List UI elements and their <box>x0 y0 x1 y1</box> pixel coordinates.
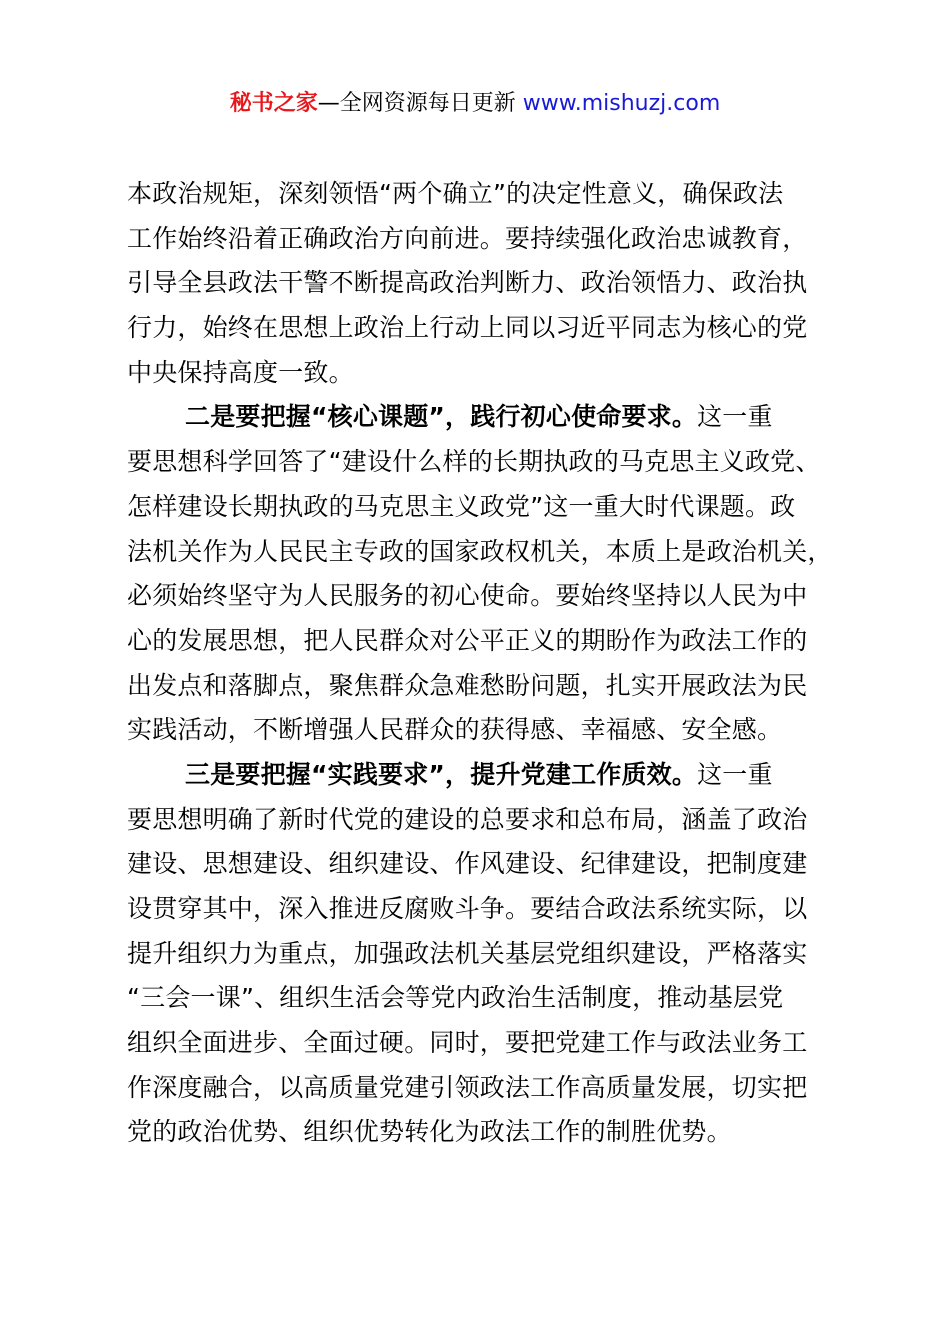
brand-name: 秘书之家 <box>230 91 318 116</box>
text-line: 要思想明确了新时代党的建设的总要求和总布局，涵盖了政治 <box>127 798 837 843</box>
text-line: 出发点和落脚点，聚焦群众急难愁盼问题，扎实开展政法为民 <box>127 664 837 709</box>
header-tagline: —全网资源每日更新 <box>318 91 523 116</box>
text-line: 提升组织力为重点，加强政法机关基层党组织建设，严格落实 <box>127 932 837 977</box>
text-line: 工作始终沿着正确政治方向前进。要持续强化政治忠诚教育， <box>127 217 837 262</box>
text-line: 心的发展思想，把人民群众对公平正义的期盼作为政法工作的 <box>127 619 837 664</box>
section-heading-3: 三是要把握“实践要求”，提升党建工作质效。 <box>185 760 697 789</box>
page-header: 秘书之家—全网资源每日更新 www.mishuzj.com <box>0 88 950 120</box>
section-heading-line: 二是要把握“核心课题”，践行初心使命要求。这一重 <box>127 395 837 440</box>
text-line: 引导全县政法干警不断提高政治判断力、政治领悟力、政治执 <box>127 261 837 306</box>
text-line: 设贯穿其中，深入推进反腐败斗争。要结合政法系统实际，以 <box>127 887 837 932</box>
website-link[interactable]: www.mishuzj.com <box>523 91 720 116</box>
text-line: 作深度融合，以高质量党建引领政法工作高质量发展，切实把 <box>127 1066 837 1111</box>
text-line: 建设、思想建设、组织建设、作风建设、纪律建设，把制度建 <box>127 842 837 887</box>
text-line: 组织全面进步、全面过硬。同时，要把党建工作与政法业务工 <box>127 1021 837 1066</box>
document-body: 本政治规矩，深刻领悟“两个确立”的决定性意义，确保政法 工作始终沿着正确政治方向… <box>127 172 837 1155</box>
text-line: 中央保持高度一致。 <box>127 351 837 396</box>
text-line: 党的政治优势、组织优势转化为政法工作的制胜优势。 <box>127 1110 837 1155</box>
text-line: “三会一课”、组织生活会等党内政治生活制度，推动基层党 <box>127 976 837 1021</box>
text-line: 法机关作为人民民主专政的国家政权机关，本质上是政治机关， <box>127 530 837 575</box>
section-heading-2: 二是要把握“核心课题”，践行初心使命要求。 <box>185 402 697 431</box>
text-line: 要思想科学回答了“建设什么样的长期执政的马克思主义政党、 <box>127 440 837 485</box>
text-line: 行力，始终在思想上政治上行动上同以习近平同志为核心的党 <box>127 306 837 351</box>
section-heading-line: 三是要把握“实践要求”，提升党建工作质效。这一重 <box>127 753 837 798</box>
text-line: 本政治规矩，深刻领悟“两个确立”的决定性意义，确保政法 <box>127 172 837 217</box>
text-line: 实践活动，不断增强人民群众的获得感、幸福感、安全感。 <box>127 708 837 753</box>
text-line: 怎样建设长期执政的马克思主义政党”这一重大时代课题。政 <box>127 485 837 530</box>
text-line: 必须始终坚守为人民服务的初心使命。要始终坚持以人民为中 <box>127 574 837 619</box>
